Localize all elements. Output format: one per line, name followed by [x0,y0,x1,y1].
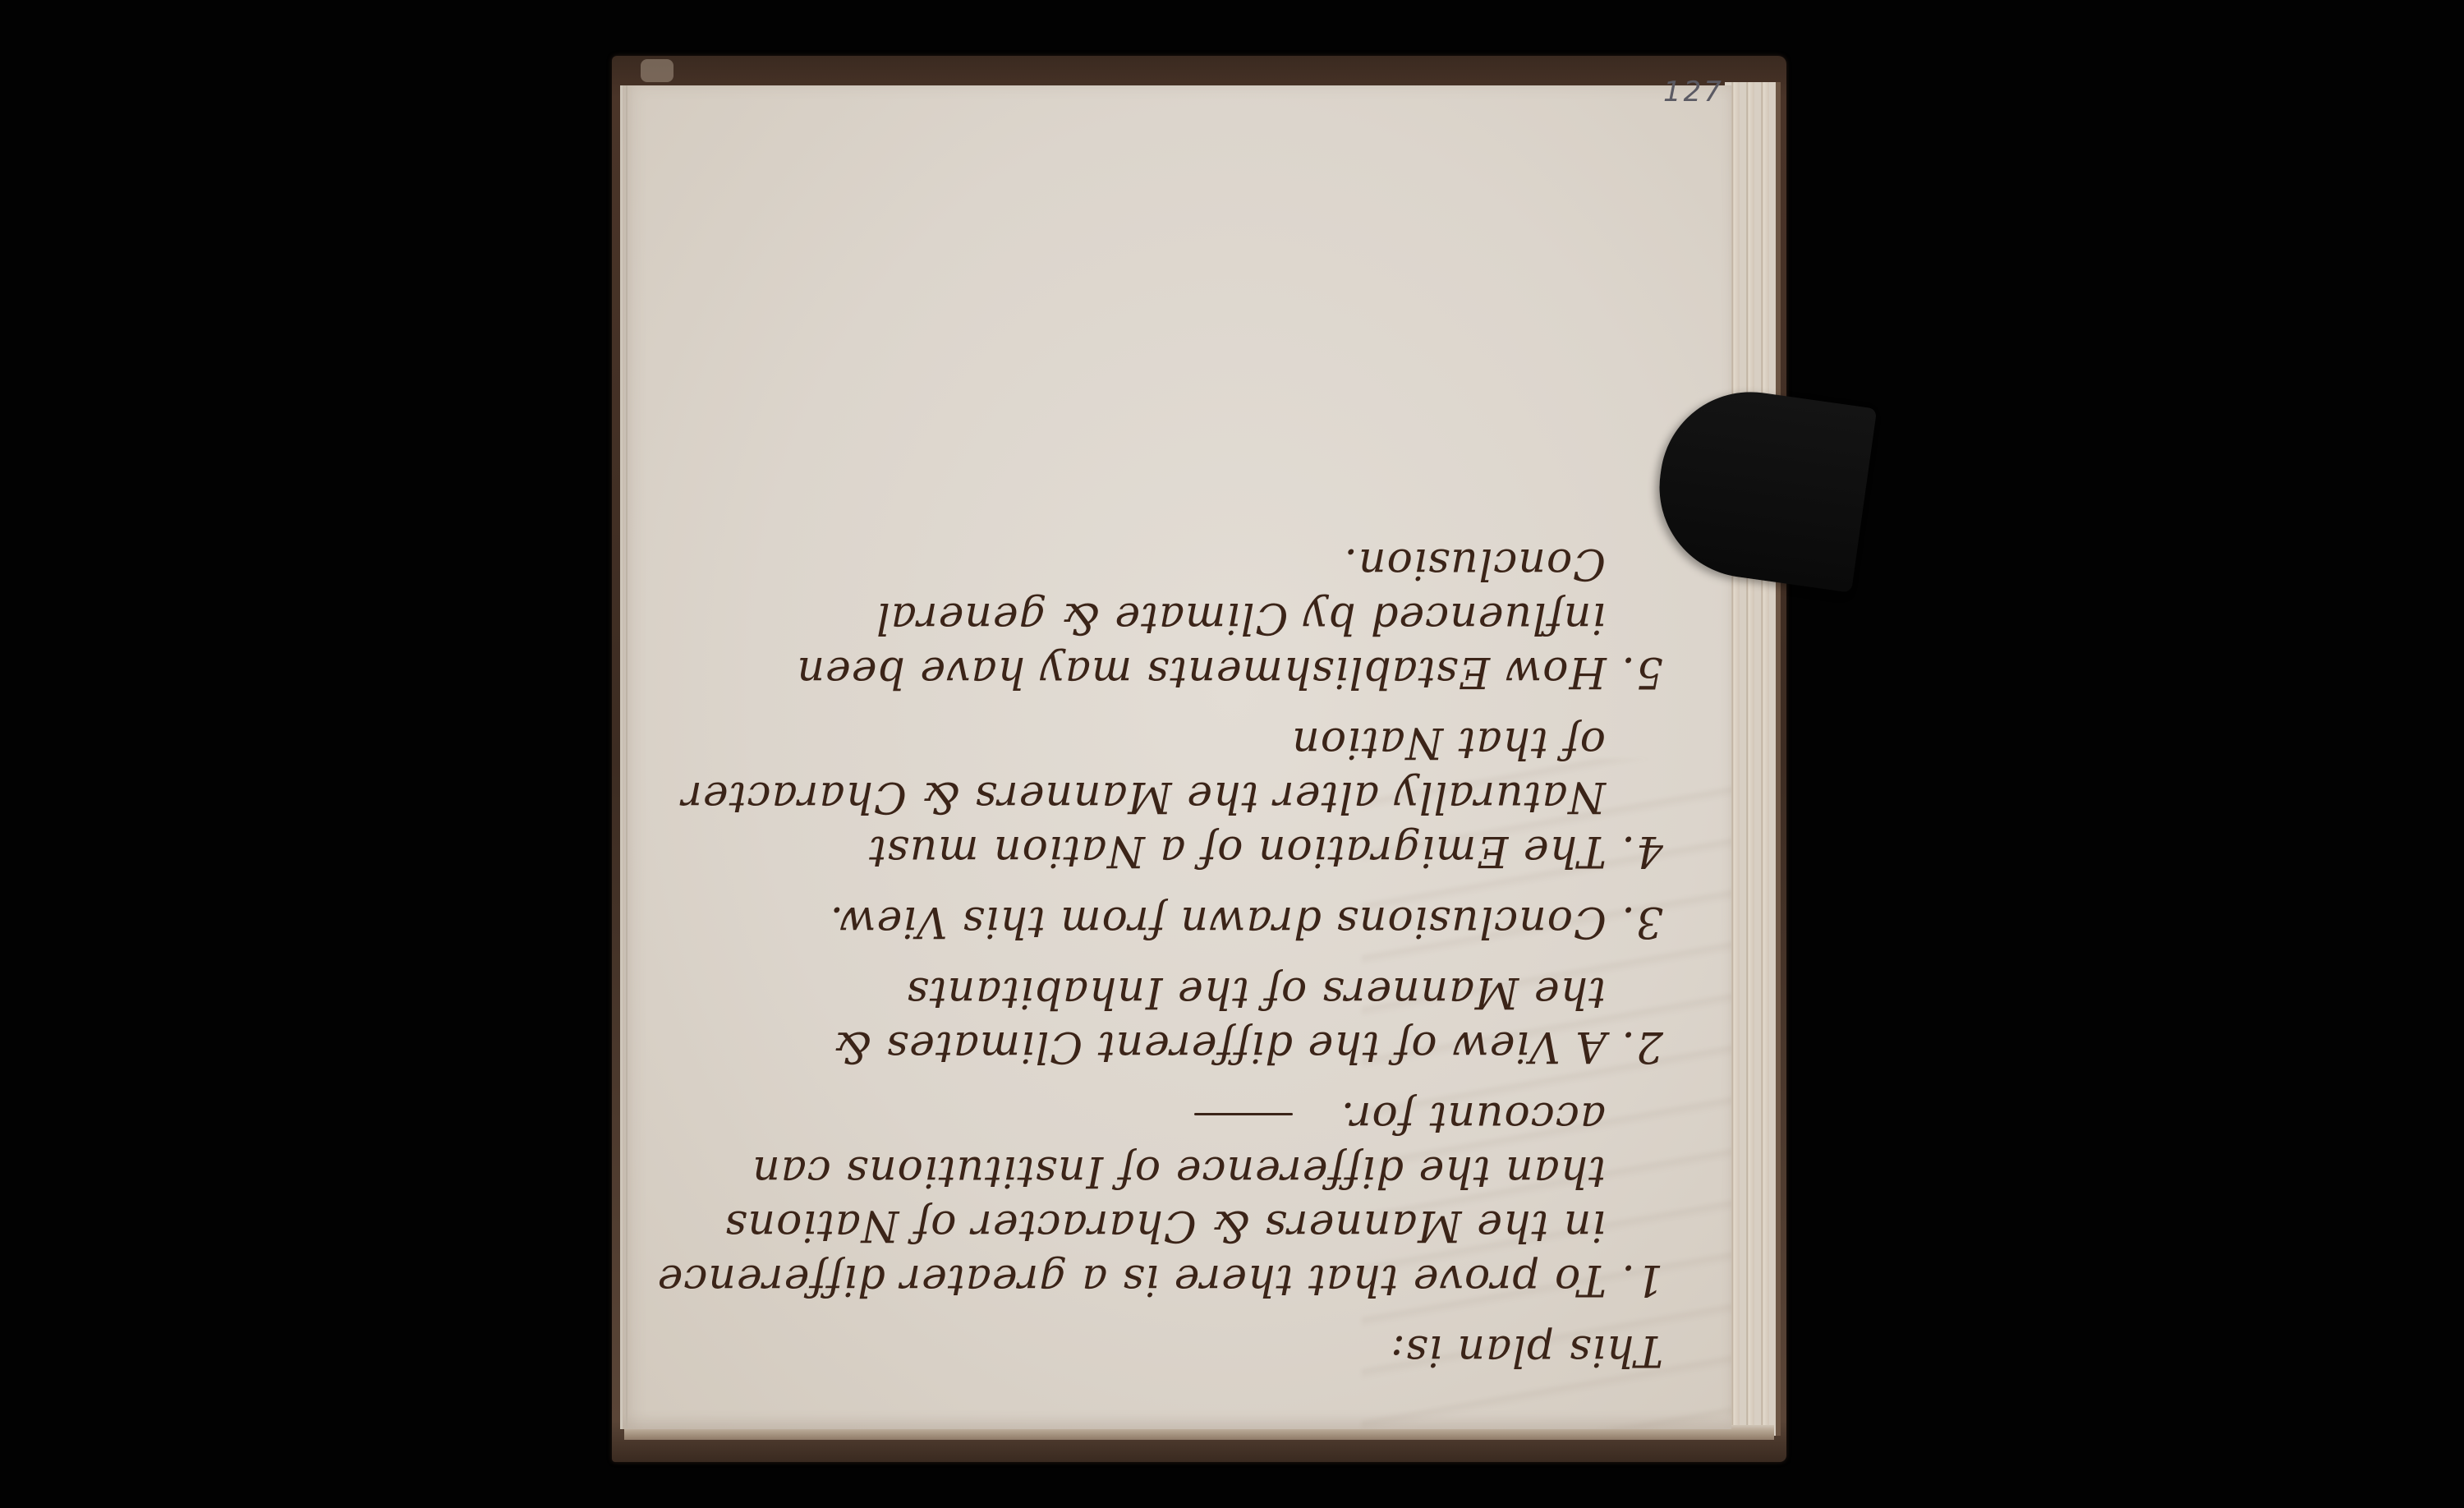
item-text: To prove that there is a greater differe… [657,1255,1607,1304]
plan-item-4: 4. The Emigration of a Nation must Natur… [637,710,1663,872]
item-number: 5. [1620,647,1663,697]
item-text: the Manners of the Inhabitants [637,959,1663,1014]
item-text: account for. [1340,1092,1606,1142]
item-text: Conclusions drawn from this View. [830,897,1607,946]
item-text: of that Nation [637,710,1663,764]
plan-item-2: 2. A View of the different Climates & th… [637,959,1663,1068]
separator-rule [1194,1113,1293,1115]
item-number: 1. [1620,1255,1663,1304]
handwritten-text-block: This plan is: 1. To prove that there is … [620,85,1729,1429]
item-text: than the difference of Institutions can [637,1138,1663,1193]
item-number: 3. [1620,897,1663,946]
plan-heading: This plan is: [637,1317,1663,1372]
plan-item-1: 1. To prove that there is a greater diff… [637,1084,1663,1301]
item-number: 2. [1620,1022,1663,1071]
plan-item-3: 3. Conclusions drawn from this View. [637,889,1663,943]
item-text: Naturally alter the Manners & Character [637,764,1663,818]
item-number: 4. [1620,826,1663,876]
item-text: Conclusion. [637,531,1663,585]
worn-corner [641,59,673,82]
item-text: A View of the different Climates & [833,1022,1607,1071]
item-text: The Emigration of a Nation must [868,826,1607,876]
plan-item-5: 5. How Establishments may have been infl… [637,531,1663,693]
item-text: influenced by Climate & general [637,585,1663,639]
item-text: in the Manners & Character of Nations [637,1193,1663,1247]
item-text: How Establishments may have been [796,647,1606,697]
page-edges-right [1725,82,1781,1436]
photo-stage: 127 This plan is: 1. To prove that there… [0,0,2464,1508]
